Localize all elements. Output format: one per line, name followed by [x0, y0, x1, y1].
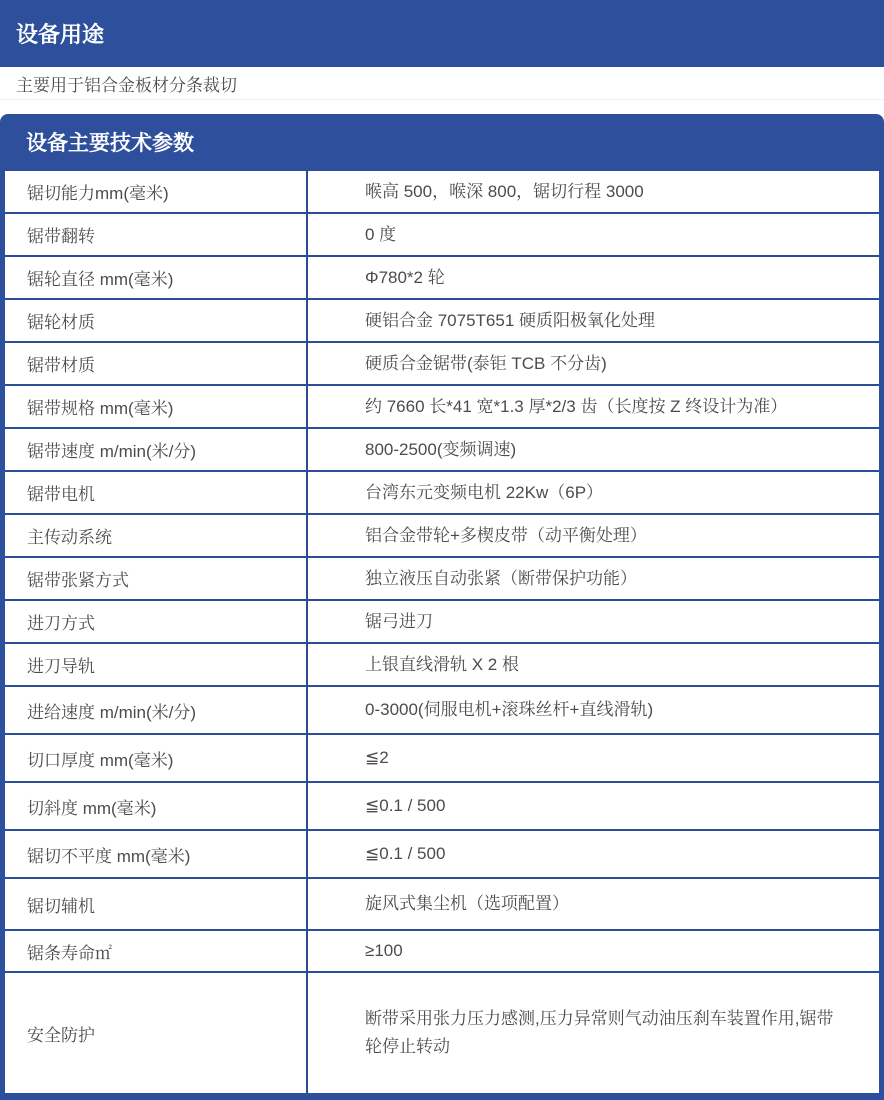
spec-value: 喉高 500，喉深 800，锯切行程 3000: [308, 171, 879, 212]
table-row: 锯条寿命㎡ ≥100: [5, 931, 879, 973]
spec-label: 锯轮材质: [5, 300, 308, 341]
spec-value: 独立液压自动张紧（断带保护功能）: [308, 558, 879, 599]
table-row: 锯带翻转 0 度: [5, 214, 879, 257]
spec-value: 铝合金带轮+多楔皮带（动平衡处理）: [308, 515, 879, 556]
spec-value: 800-2500(变频调速): [308, 429, 879, 470]
table-row: 安全防护 断带采用张力压力感测,压力异常则气动油压刹车装置作用,锯带轮停止转动: [5, 973, 879, 1093]
spec-label: 进给速度 m/min(米/分): [5, 687, 308, 733]
table-row: 进刀方式 锯弓进刀: [5, 601, 879, 644]
table-row: 进给速度 m/min(米/分) 0-3000(伺服电机+滚珠丝杆+直线滑轨): [5, 687, 879, 735]
spec-label: 锯轮直径 mm(毫米): [5, 257, 308, 298]
spec-label: 锯切辅机: [5, 879, 308, 929]
table-row: 进刀导轨 上银直线滑轨 X 2 根: [5, 644, 879, 687]
params-section-header: 设备主要技术参数: [0, 114, 884, 170]
spec-value: 硬质合金锯带(泰钜 TCB 不分齿): [308, 343, 879, 384]
table-row: 锯带电机 台湾东元变频电机 22Kw（6P）: [5, 472, 879, 515]
spec-label: 锯带材质: [5, 343, 308, 384]
table-row: 锯轮直径 mm(毫米) Φ780*2 轮: [5, 257, 879, 300]
spec-label: 锯带规格 mm(毫米): [5, 386, 308, 427]
usage-description-text: 主要用于铝合金板材分条裁切: [16, 71, 237, 96]
table-row: 锯带材质 硬质合金锯带(泰钜 TCB 不分齿): [5, 343, 879, 386]
spec-value: ≦0.1 / 500: [308, 831, 879, 877]
spec-label: 锯带电机: [5, 472, 308, 513]
table-row: 锯带规格 mm(毫米) 约 7660 长*41 宽*1.3 厚*2/3 齿（长度…: [5, 386, 879, 429]
spec-value: 旋风式集尘机（选项配置）: [308, 879, 879, 929]
spec-value: ≥100: [308, 931, 879, 971]
usage-section-title: 设备用途: [16, 18, 104, 49]
spec-value: 约 7660 长*41 宽*1.3 厚*2/3 齿（长度按 Z 终设计为准）: [308, 386, 879, 427]
spec-value: 锯弓进刀: [308, 601, 879, 642]
params-section-title: 设备主要技术参数: [26, 127, 194, 157]
spec-value: ≦0.1 / 500: [308, 783, 879, 829]
table-row: 锯带速度 m/min(米/分) 800-2500(变频调速): [5, 429, 879, 472]
spec-value: Φ780*2 轮: [308, 257, 879, 298]
spec-label: 锯带张紧方式: [5, 558, 308, 599]
spec-label: 锯带速度 m/min(米/分): [5, 429, 308, 470]
spec-label: 锯切能力mm(毫米): [5, 171, 308, 212]
usage-description-row: 主要用于铝合金板材分条裁切: [0, 67, 884, 100]
spec-table: 锯切能力mm(毫米) 喉高 500，喉深 800，锯切行程 3000 锯带翻转 …: [0, 170, 884, 1100]
spec-label: 进刀导轨: [5, 644, 308, 685]
table-row: 锯轮材质 硬铝合金 7075T651 硬质阳极氧化处理: [5, 300, 879, 343]
spec-value: 台湾东元变频电机 22Kw（6P）: [308, 472, 879, 513]
spec-label: 切口厚度 mm(毫米): [5, 735, 308, 781]
spec-value: ≦2: [308, 735, 879, 781]
usage-section-header: 设备用途: [0, 0, 884, 67]
table-row: 锯切不平度 mm(毫米) ≦0.1 / 500: [5, 831, 879, 879]
spec-value: 断带采用张力压力感测,压力异常则气动油压刹车装置作用,锯带轮停止转动: [308, 973, 879, 1093]
table-row: 切口厚度 mm(毫米) ≦2: [5, 735, 879, 783]
spec-value: 上银直线滑轨 X 2 根: [308, 644, 879, 685]
spec-label: 锯带翻转: [5, 214, 308, 255]
spec-value: 硬铝合金 7075T651 硬质阳极氧化处理: [308, 300, 879, 341]
table-row: 锯切辅机 旋风式集尘机（选项配置）: [5, 879, 879, 931]
table-row: 锯带张紧方式 独立液压自动张紧（断带保护功能）: [5, 558, 879, 601]
spec-label: 锯条寿命㎡: [5, 931, 308, 971]
spec-sheet-page: 设备用途 主要用于铝合金板材分条裁切 设备主要技术参数 锯切能力mm(毫米) 喉…: [0, 0, 884, 1100]
table-row: 主传动系统 铝合金带轮+多楔皮带（动平衡处理）: [5, 515, 879, 558]
spec-label: 锯切不平度 mm(毫米): [5, 831, 308, 877]
spec-value: 0 度: [308, 214, 879, 255]
spec-label: 切斜度 mm(毫米): [5, 783, 308, 829]
spec-label: 安全防护: [5, 973, 308, 1093]
spec-label: 进刀方式: [5, 601, 308, 642]
spec-value: 0-3000(伺服电机+滚珠丝杆+直线滑轨): [308, 687, 879, 733]
spec-label: 主传动系统: [5, 515, 308, 556]
table-row: 切斜度 mm(毫米) ≦0.1 / 500: [5, 783, 879, 831]
table-row: 锯切能力mm(毫米) 喉高 500，喉深 800，锯切行程 3000: [5, 171, 879, 214]
